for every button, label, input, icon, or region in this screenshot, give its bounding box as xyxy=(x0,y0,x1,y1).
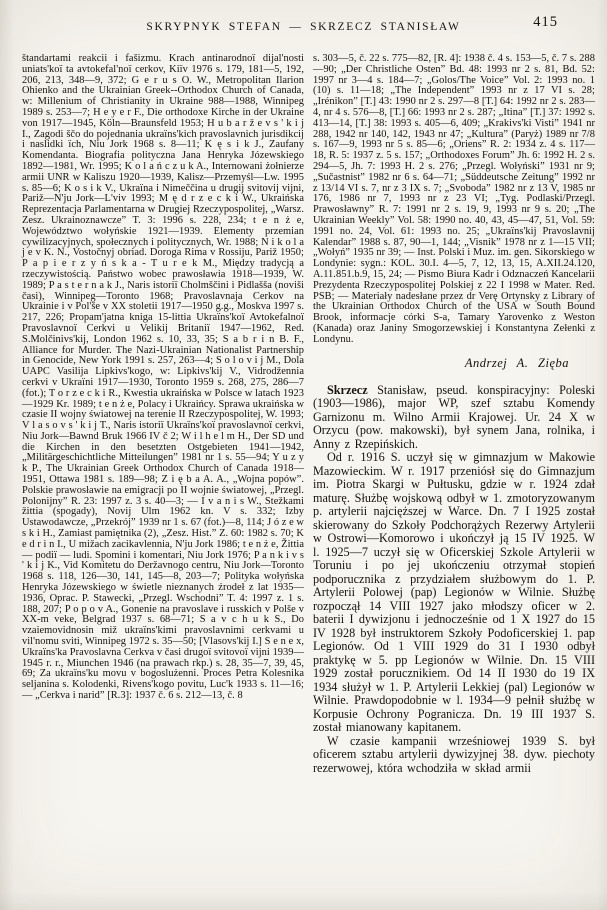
running-header: SKRYPNYK STEFAN — SKRZECZ STANISŁAW 415 xyxy=(0,0,607,41)
left-column: štandartami reakcii i fašizmu. Krach ant… xyxy=(22,54,304,702)
right-column: s. 303—5, č. 22 s. 775—82, [R. 4]: 1938 … xyxy=(313,54,595,775)
entry-surname: Skrzecz xyxy=(327,383,368,397)
entry-paragraph-education: Od r. 1916 S. uczył się w gimnazjum w Ma… xyxy=(313,451,595,735)
page-number: 415 xyxy=(533,14,558,31)
scanned-page: SKRYPNYK STEFAN — SKRZECZ STANISŁAW 415 … xyxy=(0,0,607,910)
bibliography-text: s. 303—5, č. 22 s. 775—82, [R. 4]: 1938 … xyxy=(313,54,595,346)
bibliography-continuation: štandartami reakcii i fašizmu. Krach ant… xyxy=(22,54,304,702)
author-signature: Andrzej A. Zięba xyxy=(313,356,595,371)
entry-lead-paragraph: Skrzecz Stanisław, pseud. konspiracyjny:… xyxy=(313,384,595,452)
page-columns: štandartami reakcii i fašizmu. Krach ant… xyxy=(0,41,607,775)
running-title: SKRYPNYK STEFAN — SKRZECZ STANISŁAW xyxy=(146,21,460,33)
entry-paragraph-september-campaign: W czasie kampanii wrześniowej 1939 S. by… xyxy=(313,735,595,776)
